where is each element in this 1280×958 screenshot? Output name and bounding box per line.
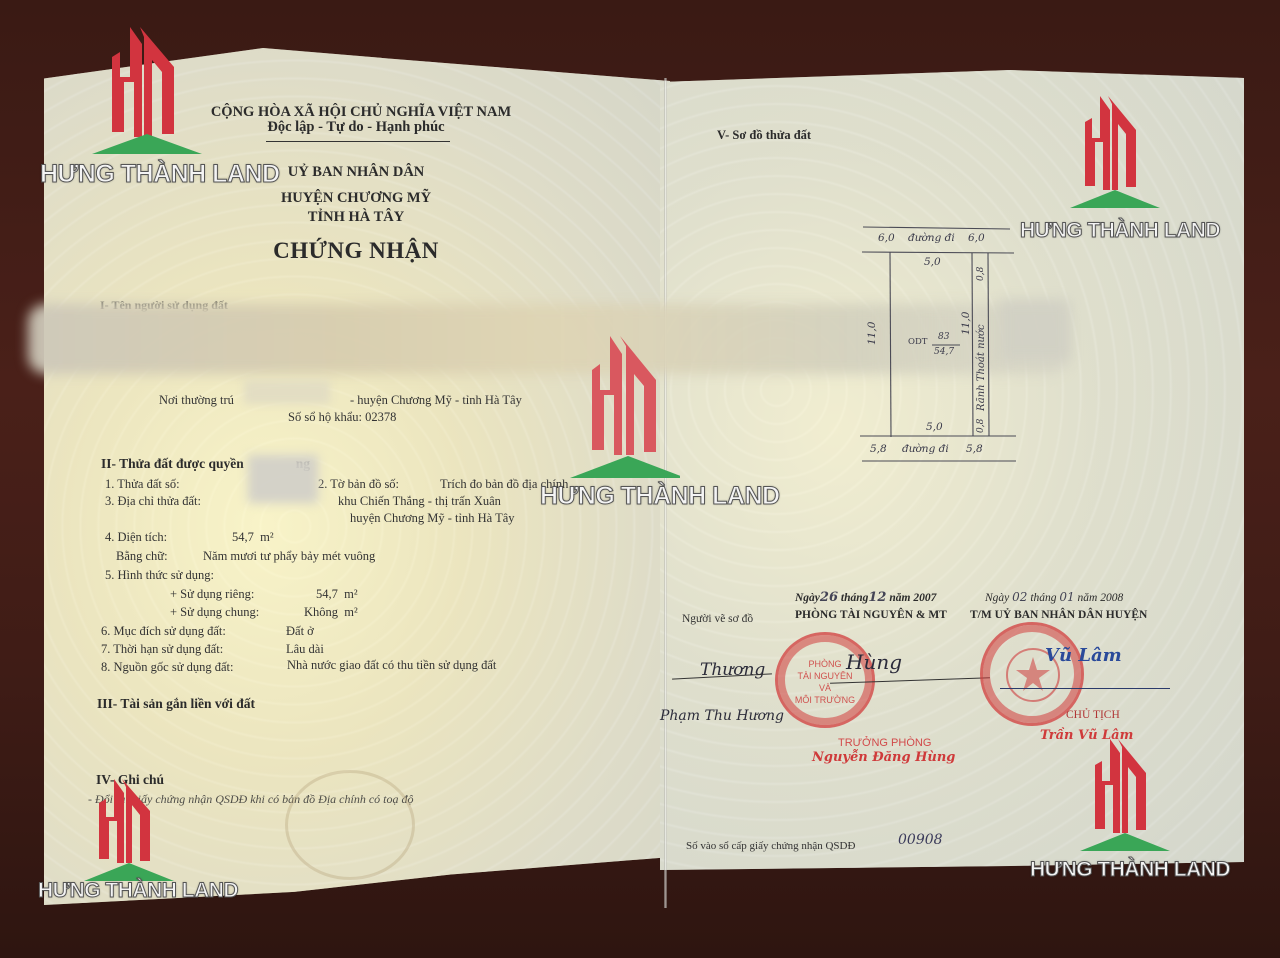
watermark-brand: HƯNG THÀNH LAND <box>38 879 238 903</box>
bottom-width: 5,0 <box>926 421 943 433</box>
committee-date: Ngày 02 tháng 01 năm 2008 <box>985 590 1123 604</box>
parcel-area: 54,7 <box>934 347 954 357</box>
date-month: 01 <box>1059 590 1074 604</box>
drain-label: Rãnh Thoát nước <box>976 324 987 411</box>
field-origin-label: 8. Nguồn gốc sử dụng đất: <box>101 660 233 675</box>
field-purpose-label: 6. Mục đích sử dụng đất: <box>101 624 226 639</box>
issuer-line-3: TỈNH HÀ TÂY <box>196 209 516 226</box>
field-private-use-label: + Sử dụng riêng: <box>170 587 254 602</box>
field-address-value-line2: huyện Chương Mỹ - tỉnh Hà Tây <box>350 511 515 526</box>
field-parcel-number-label: 1. Thửa đất số: <box>105 477 180 492</box>
field-purpose-value: Đất ở <box>286 624 314 639</box>
committee-signer-title: CHỦ TỊCH <box>1066 709 1120 721</box>
watermark-brand: HƯNG THÀNH LAND <box>1030 858 1230 882</box>
watermark-top-left: HƯNG THÀNH LAND <box>40 22 240 192</box>
date-year: 2007 <box>913 592 936 604</box>
committee-signature-stroke <box>1000 688 1170 689</box>
field-shared-use-value: Không m² <box>304 605 358 620</box>
field-area-words-value: Năm mươi tư phẩy bảy mét vuông <box>203 549 375 564</box>
field-area-value: 54,7 m² <box>232 530 274 545</box>
date-day: 02 <box>1012 590 1027 604</box>
area-number: 54,7 <box>232 530 254 544</box>
top-road-label: đường đi <box>908 232 955 244</box>
committee-signature: Vũ Lâm <box>1045 645 1122 666</box>
field-term-value: Lâu dài <box>286 642 324 657</box>
residence-label: Nơi thường trú <box>159 393 234 408</box>
private-use-number: 54,7 <box>316 587 338 601</box>
department-name: PHÒNG TÀI NGUYÊN & MT <box>795 609 947 621</box>
drain-width-top: 0,8 <box>976 267 986 281</box>
watermark-brand: HƯNG THÀNH LAND <box>1020 219 1220 243</box>
drawer-name: Phạm Thu Hương <box>660 708 784 724</box>
registry-label: Số vào sổ cấp giấy chứng nhận QSDĐ <box>686 840 855 852</box>
shared-use-value: Không <box>304 605 338 619</box>
embossed-seal <box>285 770 415 880</box>
field-map-sheet-label: 2. Tờ bản đồ số: <box>318 477 399 492</box>
drain-width-bottom: 0,8 <box>976 419 986 433</box>
date-year-label: năm <box>889 592 910 604</box>
ht-logo-icon <box>1080 735 1170 855</box>
stamp-line: VÀ <box>778 683 872 693</box>
section-2-heading-start: II- Thửa đất được quyền <box>101 456 244 471</box>
department-signer-title: TRƯỞNG PHÒNG <box>838 737 931 749</box>
parcel-number: 83 <box>938 332 949 342</box>
date-month: 12 <box>868 590 886 605</box>
date-prefix: Ngày <box>795 592 820 604</box>
field-area-label: 4. Diện tích: <box>105 530 167 545</box>
left-length: 11,0 <box>866 322 878 345</box>
redacted-address <box>244 380 330 404</box>
ht-logo-icon <box>1070 92 1160 212</box>
top-road-left-value: 6,0 <box>878 232 895 244</box>
department-signature: Hùng <box>846 650 902 674</box>
date-month-label: tháng <box>841 592 869 604</box>
department-date: Ngày26 tháng12 năm 2007 <box>795 590 936 605</box>
section-3-heading: III- Tài sản gắn liền với đất <box>97 696 255 712</box>
watermark-top-right: HƯNG THÀNH LAND <box>1020 92 1200 242</box>
area-unit: m² <box>260 530 273 544</box>
household-book-number: Số sổ hộ khẩu: 02378 <box>288 410 396 425</box>
ht-logo-icon <box>84 775 174 885</box>
document-title: CHỨNG NHẬN <box>196 238 516 264</box>
watermark-center: HƯNG THÀNH LAND <box>540 330 740 520</box>
ht-logo-icon <box>92 22 202 162</box>
bottom-road-right-value: 5,8 <box>966 443 983 455</box>
motto: Độc lập - Tự do - Hạnh phúc <box>196 119 516 136</box>
shared-use-unit: m² <box>344 605 357 619</box>
date-year: 2008 <box>1100 592 1123 604</box>
field-address-value: khu Chiến Thắng - thị trấn Xuân <box>338 494 501 509</box>
section-5-heading: V- Sơ đồ thửa đất <box>717 128 811 143</box>
field-address-label: 3. Địa chỉ thửa đất: <box>105 494 201 509</box>
date-year-label: năm <box>1078 592 1098 604</box>
issuer-line-2: HUYỆN CHƯƠNG MỸ <box>196 190 516 207</box>
header-divider <box>266 141 450 142</box>
field-private-use-value: 54,7 m² <box>316 587 358 602</box>
right-length: 11,0 <box>960 312 972 335</box>
date-month-label: tháng <box>1030 592 1056 604</box>
field-origin-value: Nhà nước giao đất có thu tiền sử dụng đấ… <box>287 658 496 673</box>
date-day: 26 <box>820 590 838 605</box>
parcel-diagram: 6,0 đường đi 6,0 5,0 11,0 11,0 Rãnh Thoá… <box>850 215 1030 465</box>
residence-value: - huyện Chương Mỹ - tỉnh Hà Tây <box>350 393 522 408</box>
top-width: 5,0 <box>924 256 941 268</box>
redacted-parcel-number <box>248 455 318 503</box>
committee-name: T/M UỶ BAN NHÂN DÂN HUYỆN <box>970 609 1147 621</box>
watermark-bottom-left: HƯNG THÀNH LAND <box>38 775 218 910</box>
watermark-bottom-right: HƯNG THÀNH LAND <box>1030 735 1210 885</box>
parcel-code: ODT <box>908 337 927 347</box>
private-use-unit: m² <box>344 587 357 601</box>
ht-logo-icon <box>570 330 680 480</box>
bottom-road-left-value: 5,8 <box>870 443 887 455</box>
department-signer-name: Nguyễn Đăng Hùng <box>812 750 955 765</box>
watermark-brand: HƯNG THÀNH LAND <box>40 160 280 189</box>
drawer-label: Người vẽ sơ đồ <box>682 613 753 625</box>
registry-number: 00908 <box>898 832 943 848</box>
watermark-brand: HƯNG THÀNH LAND <box>540 482 780 511</box>
field-area-words-label: Bằng chữ: <box>116 549 168 564</box>
stamp-line: MÔI TRƯỜNG <box>778 695 872 705</box>
field-shared-use-label: + Sử dụng chung: <box>170 605 259 620</box>
field-usage-form-label: 5. Hình thức sử dụng: <box>105 568 214 583</box>
bottom-road-label: đường đi <box>902 443 949 455</box>
date-prefix: Ngày <box>985 592 1009 604</box>
top-road-right-value: 6,0 <box>968 232 985 244</box>
field-term-label: 7. Thời hạn sử dụng đất: <box>101 642 223 657</box>
department-stamp: PHÒNG TÀI NGUYÊN VÀ MÔI TRƯỜNG <box>775 632 875 728</box>
